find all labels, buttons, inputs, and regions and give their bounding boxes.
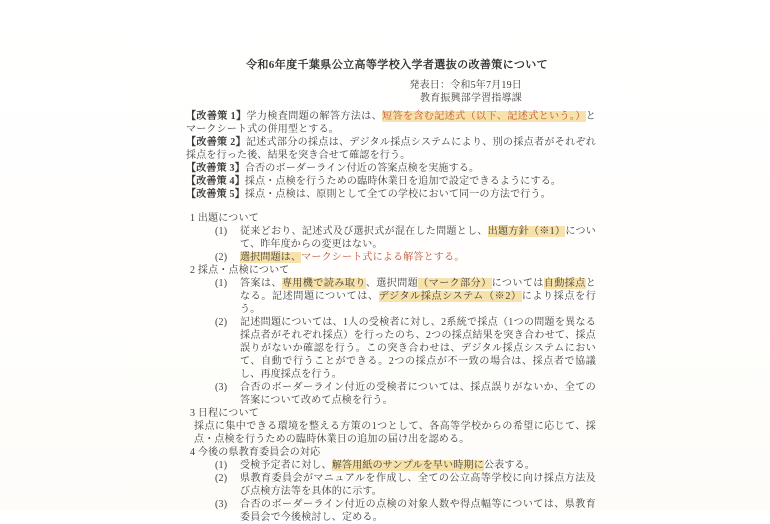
text-segment: 答案は、 (240, 278, 282, 289)
item-text: 従来どおり、記述式及び選択式が混在した問題とし、出題方針（※1）について、昨年度… (240, 225, 596, 251)
item-number: (2) (215, 251, 240, 264)
section-heading: 1 出題について (190, 212, 596, 225)
document-title: 令和6年度千葉県公立高等学校入学者選抜の改善策について (246, 58, 596, 72)
section-heading: 4 今後の県教育委員会の対応 (190, 446, 596, 459)
improvement-measures-list: 【改善策 1】学力検査問題の解答方法は、短答を含む記述式（以下、記述式という。）… (186, 110, 596, 201)
improvement-item: 【改善策 2】記述式部分の採点は、デジタル採点システムにより、別の採点者がそれぞ… (186, 136, 596, 162)
text-segment: 合否のボーダーライン付近の点検の対象人数や得点幅等については、県教育委員会で今後… (240, 499, 596, 510)
section-item: (2)選択問題は、マークシート式による解答とする。 (215, 251, 596, 264)
item-number: (2) (215, 472, 240, 498)
text-segment: 【改善策 3】 (186, 163, 245, 174)
text-segment: については (492, 278, 544, 289)
text-segment: 採点に集中できる環境を整える方策の1つとして、各高等学校からの希望に応じて、採点… (194, 421, 596, 445)
text-segment: 記述問題については、1人の受検者に対し、2系統で採点（1つの問題を異なる採点者が… (240, 317, 596, 380)
meta-block: 発表日：令和5年7月19日 教育振興部学習指導課 (186, 79, 596, 105)
item-number: (1) (215, 459, 240, 472)
text-segment: 解答用紙のサンプルを早い時期に (332, 460, 484, 471)
text-segment: マークシート式による解答とする。 (301, 252, 464, 263)
item-number: (3) (215, 381, 240, 407)
text-segment: 記述式部分の採点は、デジタル採点システムにより、別の採点者がそれぞれ採点を行った… (186, 137, 596, 161)
text-segment: 、選択問題 (366, 278, 418, 289)
text-segment: 従来どおり、記述式及び選択式が混在した問題とし、 (240, 226, 488, 237)
text-segment: 県教育委員会がマニュアルを作成し、全ての公立高等学校に向け採点方法及び点検方法等… (240, 473, 596, 497)
item-text: 答案は、専用機で読み取り、選択問題（マーク部分）については自動採点となる。記述問… (240, 277, 596, 316)
improvement-item: 【改善策 3】合否のボーダーライン付近の答案点検を実施する。 (186, 162, 596, 175)
section-item: (2)記述問題については、1人の受検者に対し、2系統で採点（1つの問題を異なる採… (215, 316, 596, 381)
text-segment: 【改善策 5】 (186, 189, 245, 200)
section-item: (1)従来どおり、記述式及び選択式が混在した問題とし、出題方針（※1）について、… (215, 225, 596, 251)
detail-sections: 1 出題について(1)従来どおり、記述式及び選択式が混在した問題とし、出題方針（… (186, 212, 596, 510)
text-segment: 受検予定者に対し、 (240, 460, 332, 471)
text-segment: 出題方針（※1） (488, 226, 566, 237)
publish-date: 発表日：令和5年7月19日 (186, 79, 522, 92)
item-text: 選択問題は、マークシート式による解答とする。 (240, 251, 596, 264)
item-number: (1) (215, 277, 240, 316)
item-text: 記述問題については、1人の受検者に対し、2系統で採点（1つの問題を異なる採点者が… (240, 316, 596, 381)
improvement-item: 【改善策 4】採点・点検を行うための臨時休業日を追加で設定できるようにする。 (186, 175, 596, 188)
text-segment: 採点・点検は、原則として全ての学校において同一の方法で行う。 (245, 189, 551, 200)
item-number: (2) (215, 316, 240, 381)
text-segment: 【改善策 1】 (186, 111, 247, 122)
section-heading: 2 採点・点検について (190, 264, 596, 277)
text-segment: 学力検査問題の解答方法は、 (247, 111, 383, 122)
section-heading: 3 日程について (190, 407, 596, 420)
text-segment: 採点・点検を行うための臨時休業日を追加で設定できるようにする。 (245, 176, 561, 187)
text-segment: 短答を含む記述式（以下、記述式という。） (382, 111, 586, 122)
text-segment: 合否のボーダーライン付近の答案点検を実施する。 (245, 163, 479, 174)
item-text: 合否のボーダーライン付近の受検者については、採点誤りがないか、全ての答案について… (240, 381, 596, 407)
item-number: (1) (215, 225, 240, 251)
section-item: (2)県教育委員会がマニュアルを作成し、全ての公立高等学校に向け採点方法及び点検… (215, 472, 596, 498)
document-content: 令和6年度千葉県公立高等学校入学者選抜の改善策について 発表日：令和5年7月19… (186, 58, 596, 510)
section-item: (1)答案は、専用機で読み取り、選択問題（マーク部分）については自動採点となる。… (215, 277, 596, 316)
text-segment: デジタル採点システム（※2） (379, 291, 522, 302)
text-segment: （マーク部分） (418, 278, 491, 289)
section-paragraph: 採点に集中できる環境を整える方策の1つとして、各高等学校からの希望に応じて、採点… (194, 420, 596, 446)
item-text: 合否のボーダーライン付近の点検の対象人数や得点幅等については、県教育委員会で今後… (240, 498, 596, 510)
item-number: (3) (215, 498, 240, 510)
item-text: 県教育委員会がマニュアルを作成し、全ての公立高等学校に向け採点方法及び点検方法等… (240, 472, 596, 498)
improvement-item: 【改善策 1】学力検査問題の解答方法は、短答を含む記述式（以下、記述式という。）… (186, 110, 596, 136)
section-item: (3)合否のボーダーライン付近の点検の対象人数や得点幅等については、県教育委員会… (215, 498, 596, 510)
text-segment: 【改善策 4】 (186, 176, 245, 187)
section-item: (1)受検予定者に対し、解答用紙のサンプルを早い時期に公表する。 (215, 459, 596, 472)
section-item: (3)合否のボーダーライン付近の受検者については、採点誤りがないか、全ての答案に… (215, 381, 596, 407)
text-segment: 【改善策 2】 (186, 137, 246, 148)
text-segment: 選択問題は、 (240, 252, 301, 263)
improvement-item: 【改善策 5】採点・点検は、原則として全ての学校において同一の方法で行う。 (186, 188, 596, 201)
item-text: 受検予定者に対し、解答用紙のサンプルを早い時期に公表する。 (240, 459, 596, 472)
paper-sheet: 令和6年度千葉県公立高等学校入学者選抜の改善策について 発表日：令和5年7月19… (0, 0, 770, 510)
text-segment: 自動採点 (544, 278, 586, 289)
text-segment: 合否のボーダーライン付近の受検者については、採点誤りがないか、全ての答案について… (240, 382, 596, 406)
text-segment: 公表する。 (484, 460, 535, 471)
text-segment: 専用機で読み取り (282, 278, 366, 289)
department-name: 教育振興部学習指導課 (186, 92, 522, 105)
